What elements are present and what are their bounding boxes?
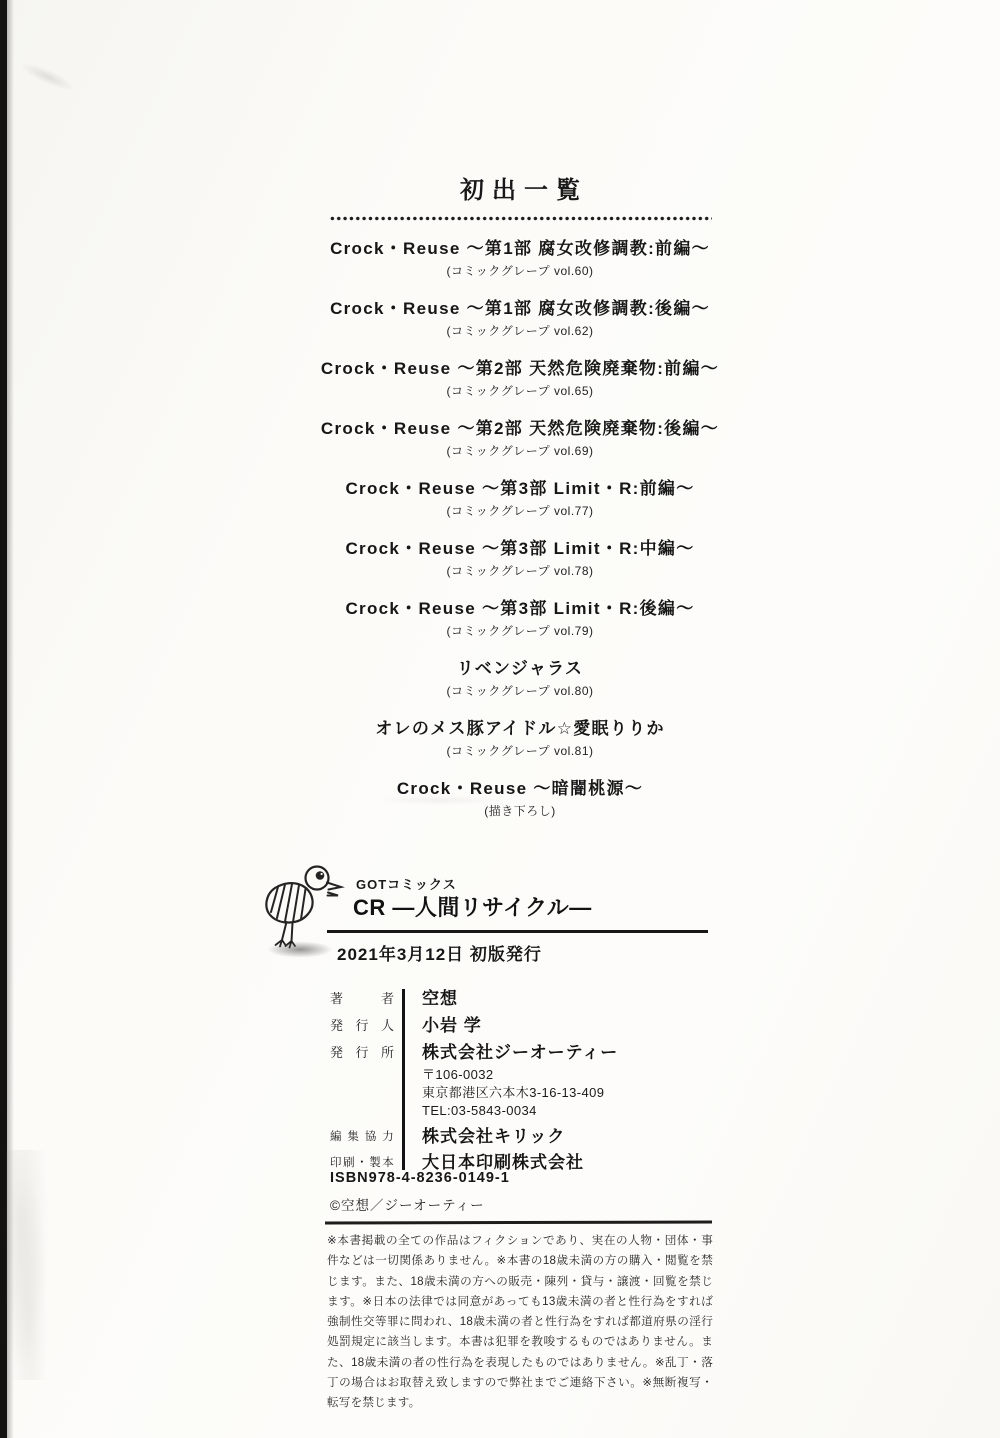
publication-title: リベンジャラス xyxy=(318,658,722,680)
scanned-colophon-page: 初出一覧 Crock・Reuse ～第1部 腐女改修調教:前編～ (コミックグレ… xyxy=(0,0,1000,1438)
publication-source: (コミックグレープ vol.79) xyxy=(318,624,722,639)
publication-title: Crock・Reuse ～第3部 Limit・R:前編～ xyxy=(318,478,722,500)
bird-logo-shadow xyxy=(266,941,334,958)
credit-row-author: 著者 空想 xyxy=(330,988,712,1010)
separator-rule xyxy=(325,1220,712,1224)
publication-title: Crock・Reuse ～第2部 天然危険廃棄物:後編～ xyxy=(318,418,722,440)
scan-edge-strip xyxy=(0,0,7,1438)
scan-smudge xyxy=(18,58,79,95)
publication-entry: Crock・Reuse ～第1部 腐女改修調教:後編～ (コミックグレープ vo… xyxy=(318,298,722,339)
publication-source: (コミックグレープ vol.60) xyxy=(318,264,722,279)
publication-source: (コミックグレープ vol.81) xyxy=(318,744,722,759)
publisher-address: 〒106-0032 東京都港区六本木3-16-13-409 TEL:03-584… xyxy=(422,1066,712,1120)
legal-disclaimer-text: ※本書掲載の全ての作品はフィクションであり、実在の人物・団体・事件などは一切関係… xyxy=(327,1231,713,1414)
publication-source: (コミックグレープ vol.78) xyxy=(318,564,722,579)
got-bird-logo-icon xyxy=(258,862,346,950)
credit-label: 著者 xyxy=(330,988,394,1010)
publication-source: (コミックグレープ vol.69) xyxy=(318,444,722,459)
scan-edge-shadow xyxy=(7,0,14,1438)
publication-entry: Crock・Reuse ～第3部 Limit・R:中編～ (コミックグレープ v… xyxy=(318,538,722,579)
publication-title: オレのメス豚アイドル☆愛眠りりか xyxy=(318,718,722,740)
credit-value: 小岩 学 xyxy=(422,1015,482,1037)
copyright-line: ©空想／ジーオーティー xyxy=(330,1194,510,1214)
credit-row-editing: 編集協力 株式会社キリック xyxy=(330,1126,712,1148)
publication-entry: Crock・Reuse ～暗闇桃源～ (描き下ろし) xyxy=(318,778,722,819)
isbn-number: ISBN978-4-8236-0149-1 xyxy=(330,1170,510,1186)
credit-value: 株式会社キリック xyxy=(422,1126,565,1148)
book-title: CR ―人間リサイクル― xyxy=(353,891,592,922)
publication-source: (描き下ろし) xyxy=(318,804,722,819)
publication-title: Crock・Reuse ～第3部 Limit・R:中編～ xyxy=(318,538,722,560)
title-underline-rule xyxy=(327,930,708,933)
publication-entry: Crock・Reuse ～第2部 天然危険廃棄物:前編～ (コミックグレープ v… xyxy=(318,358,722,399)
publication-entry: Crock・Reuse ～第2部 天然危険廃棄物:後編～ (コミックグレープ v… xyxy=(318,418,722,459)
isbn-block: ISBN978-4-8236-0149-1 ©空想／ジーオーティー xyxy=(330,1170,510,1214)
credit-row-publisher-company: 発行所 株式会社ジーオーティー xyxy=(330,1042,712,1064)
dotted-divider xyxy=(330,216,712,221)
publication-entry: Crock・Reuse ～第3部 Limit・R:前編～ (コミックグレープ v… xyxy=(318,478,722,519)
postal-code: 〒106-0032 xyxy=(422,1066,712,1084)
publication-source: (コミックグレープ vol.65) xyxy=(318,384,722,399)
credit-label: 編集協力 xyxy=(330,1126,394,1148)
first-publication-list: 初出一覧 Crock・Reuse ～第1部 腐女改修調教:前編～ (コミックグレ… xyxy=(318,170,722,838)
publication-source: (コミックグレープ vol.77) xyxy=(318,504,722,519)
credit-label: 発行人 xyxy=(330,1015,394,1037)
credit-value: 株式会社ジーオーティー xyxy=(422,1042,618,1064)
publication-title: Crock・Reuse ～第3部 Limit・R:後編～ xyxy=(318,598,722,620)
publication-title: Crock・Reuse ～第2部 天然危険廃棄物:前編～ xyxy=(318,358,722,380)
publication-entry: Crock・Reuse ～第3部 Limit・R:後編～ (コミックグレープ v… xyxy=(318,598,722,639)
publication-entry: オレのメス豚アイドル☆愛眠りりか (コミックグレープ vol.81) xyxy=(318,718,722,759)
credit-label: 発行所 xyxy=(330,1042,394,1064)
print-date: 2021年3月12日 初版発行 xyxy=(337,940,542,965)
credit-row-publisher-person: 発行人 小岩 学 xyxy=(330,1015,712,1037)
publication-entry: リベンジャラス (コミックグレープ vol.80) xyxy=(318,658,722,699)
publication-title: Crock・Reuse ～暗闇桃源～ xyxy=(318,778,722,800)
credits-divider-rule xyxy=(402,989,405,1170)
publication-title: Crock・Reuse ～第1部 腐女改修調教:後編～ xyxy=(318,298,722,320)
publication-source: (コミックグレープ vol.62) xyxy=(318,324,722,339)
credit-value: 空想 xyxy=(422,988,458,1010)
publication-entry: Crock・Reuse ～第1部 腐女改修調教:前編～ (コミックグレープ vo… xyxy=(318,238,722,279)
publication-source: (コミックグレープ vol.80) xyxy=(318,684,722,699)
credits-table: 著者 空想 発行人 小岩 学 発行所 株式会社ジーオーティー 〒106-0032… xyxy=(330,988,712,1174)
street-address: 東京都港区六本木3-16-13-409 xyxy=(422,1084,712,1102)
phone-number: TEL:03-5843-0034 xyxy=(422,1102,712,1120)
publist-title: 初出一覧 xyxy=(318,170,722,205)
publication-title: Crock・Reuse ～第1部 腐女改修調教:前編～ xyxy=(318,238,722,260)
